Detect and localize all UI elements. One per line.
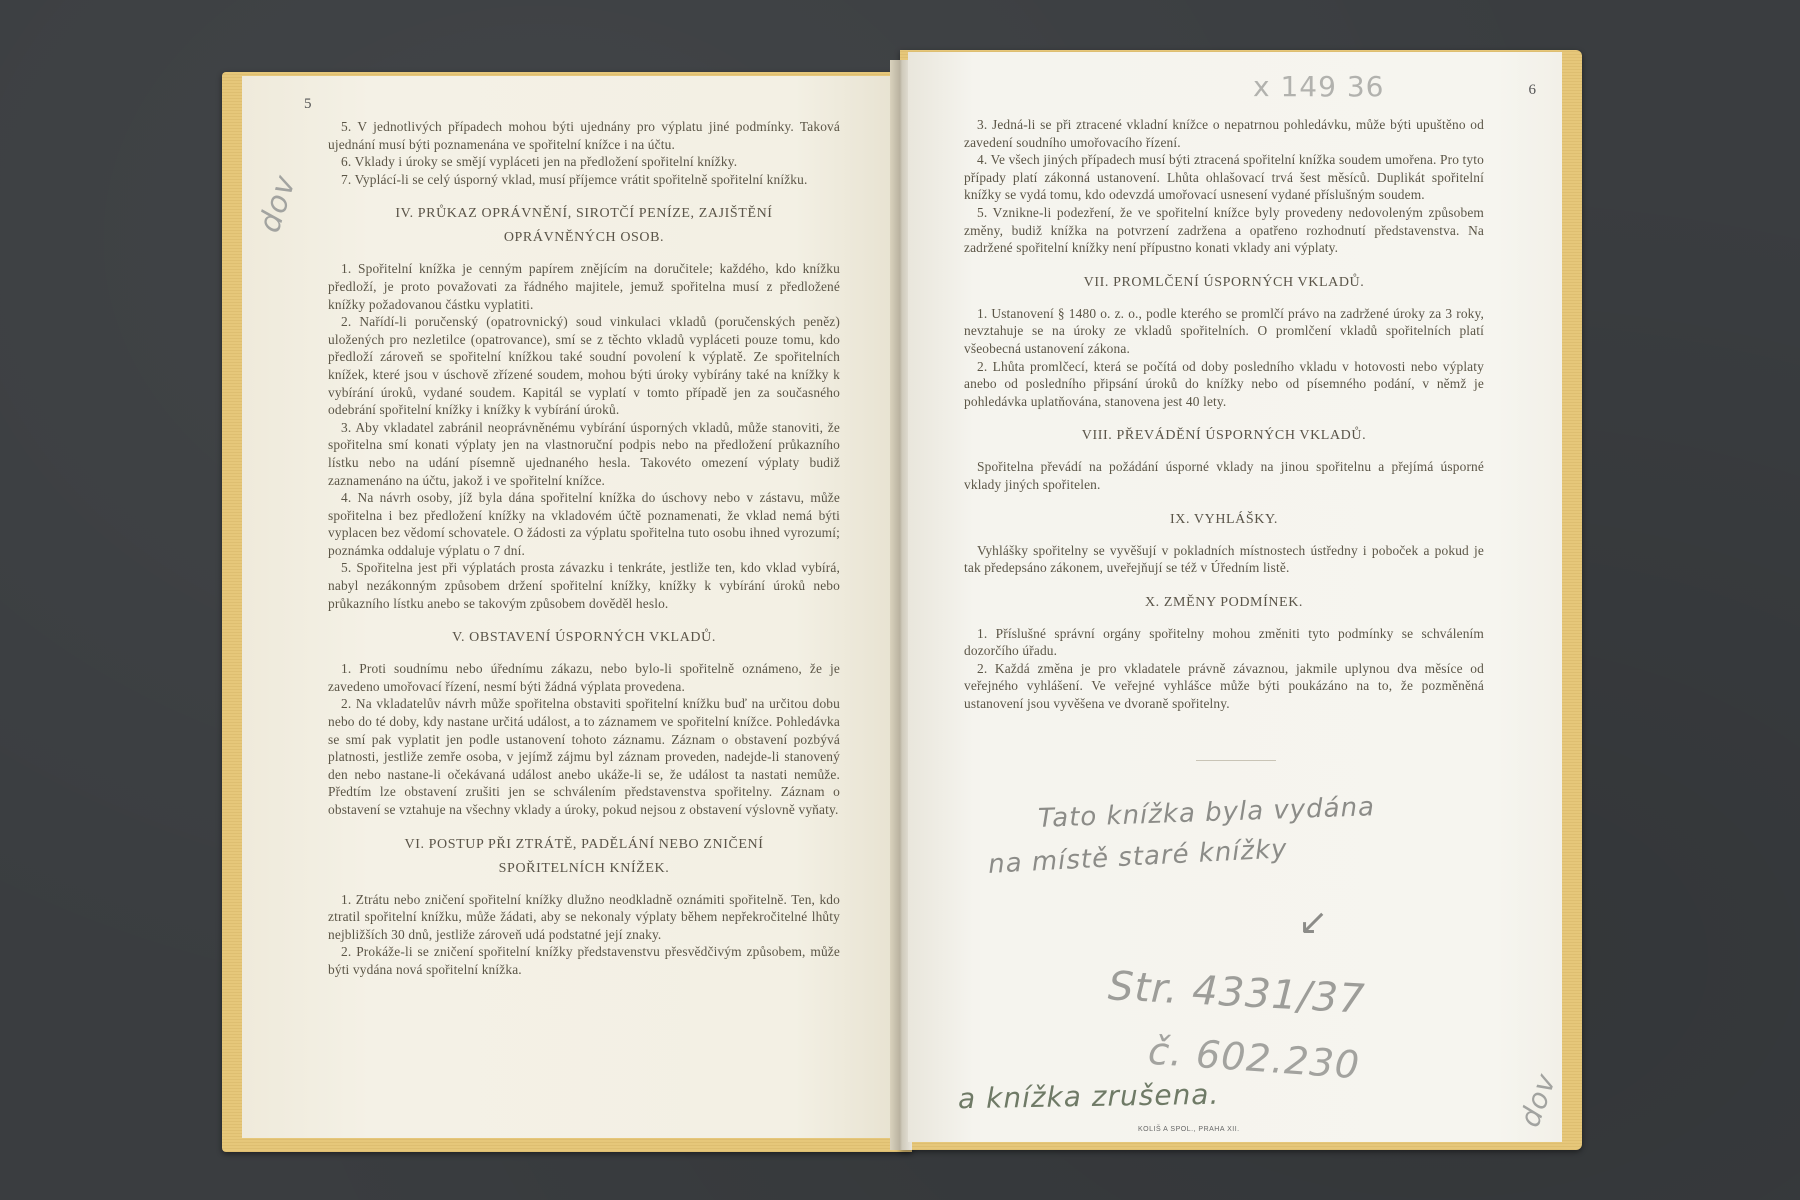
margin-note: dov [1513, 1069, 1563, 1131]
paragraph: 2. Prokáže-li se zničení spořitelní kníž… [328, 943, 840, 978]
handwritten-line-1: Tato knížka byla vydána [1038, 792, 1376, 834]
paragraph: Spořitelna převádí na požádání úsporné v… [964, 458, 1484, 493]
paragraph: 6. Vklady i úroky se smějí vypláceti jen… [328, 153, 840, 171]
printer-mark: KOLIŠ A SPOL., PRAHA XII. [1138, 1126, 1240, 1133]
section-heading-line: VIII. PŘEVÁDĚNÍ ÚSPORNÝCH VKLADŮ. [1082, 428, 1366, 443]
section-heading-line: OPRÁVNĚNÝCH OSOB. [328, 226, 840, 250]
section-heading: VIII. PŘEVÁDĚNÍ ÚSPORNÝCH VKLADŮ. [964, 424, 1484, 448]
paragraph: 1. Ztrátu nebo zničení spořitelní knížky… [328, 891, 840, 944]
margin-note: dov [252, 171, 303, 237]
section-heading: X. ZMĚNY PODMÍNEK. [964, 591, 1484, 615]
handwritten-reference-1: Str. 4331/37 [1107, 963, 1367, 1022]
arrow-icon: ↙ [1298, 902, 1329, 943]
paragraph: 2. Lhůta promlčecí, která se počítá od d… [964, 358, 1484, 411]
section-heading-line: IX. VYHLÁŠKY. [1170, 512, 1278, 527]
section-heading: VII. PROMLČENÍ ÚSPORNÝCH VKLADŮ. [964, 271, 1484, 295]
handwritten-line-2: na místě staré knížky [987, 834, 1288, 880]
paragraph: 2. Nařídí-li poručenský (opatrovnický) s… [328, 313, 840, 419]
paragraph: 1. Proti soudnímu nebo úřednímu zákazu, … [328, 660, 840, 695]
paragraph: 5. Vznikne-li podezření, že ve spořiteln… [964, 204, 1484, 257]
paragraph: 2. Na vkladatelův návrh může spořitelna … [328, 695, 840, 818]
paragraph: 3. Aby vkladatel zabránil neoprávněnému … [328, 419, 840, 489]
section-heading: V. OBSTAVENÍ ÚSPORNÝCH VKLADŮ. [328, 626, 840, 650]
paragraph: 4. Na návrh osoby, jíž byla dána spořite… [328, 489, 840, 559]
paragraph: Vyhlášky spořitelny se vyvěšují v poklad… [964, 542, 1484, 577]
paragraph: 5. Spořitelna jest při výplatách prosta … [328, 559, 840, 612]
section-heading-line: SPOŘITELNÍCH KNÍŽEK. [328, 857, 840, 881]
handwritten-line-3: a knížka zrušena. [958, 1078, 1220, 1116]
separator-rule [1196, 760, 1276, 761]
left-page-text: 5. V jednotlivých případech mohou býti u… [328, 118, 840, 979]
section-heading-line: X. ZMĚNY PODMÍNEK. [1145, 595, 1303, 610]
top-handwritten-note: x 149 36 [1253, 70, 1384, 103]
paragraph: 1. Příslušné správní orgány spořitelny m… [964, 625, 1484, 660]
paragraph: 3. Jedná-li se při ztracené vkladní kníž… [964, 116, 1484, 151]
section-heading: VI. POSTUP PŘI ZTRÁTĚ, PADĚLÁNÍ NEBO ZNI… [328, 833, 840, 881]
page-number: 5 [304, 96, 312, 113]
paragraph: 2. Každá změna je pro vkladatele právně … [964, 660, 1484, 713]
paragraph: 7. Vyplácí-li se celý úsporný vklad, mus… [328, 171, 840, 189]
paragraph: 5. V jednotlivých případech mohou býti u… [328, 118, 840, 153]
right-page: 6 x 149 36 3. Jedná-li se při ztracené v… [908, 52, 1562, 1142]
right-page-text: 3. Jedná-li se při ztracené vkladní kníž… [964, 116, 1484, 713]
page-number: 6 [1529, 82, 1537, 99]
paragraph: 1. Spořitelní knížka je cenným papírem z… [328, 260, 840, 313]
section-heading-line: V. OBSTAVENÍ ÚSPORNÝCH VKLADŮ. [452, 630, 716, 645]
section-heading-line: VII. PROMLČENÍ ÚSPORNÝCH VKLADŮ. [1084, 275, 1365, 290]
section-heading: IX. VYHLÁŠKY. [964, 508, 1484, 532]
paragraph: 4. Ve všech jiných případech musí býti z… [964, 151, 1484, 204]
section-heading-line: IV. PRŮKAZ OPRÁVNĚNÍ, SIROTČÍ PENÍZE, ZA… [395, 206, 772, 221]
section-heading: IV. PRŮKAZ OPRÁVNĚNÍ, SIROTČÍ PENÍZE, ZA… [328, 202, 840, 250]
paragraph: 1. Ustanovení § 1480 o. z. o., podle kte… [964, 305, 1484, 358]
left-page: 5 dov 5. V jednotlivých případech mohou … [242, 76, 892, 1138]
section-heading-line: VI. POSTUP PŘI ZTRÁTĚ, PADĚLÁNÍ NEBO ZNI… [404, 837, 763, 852]
